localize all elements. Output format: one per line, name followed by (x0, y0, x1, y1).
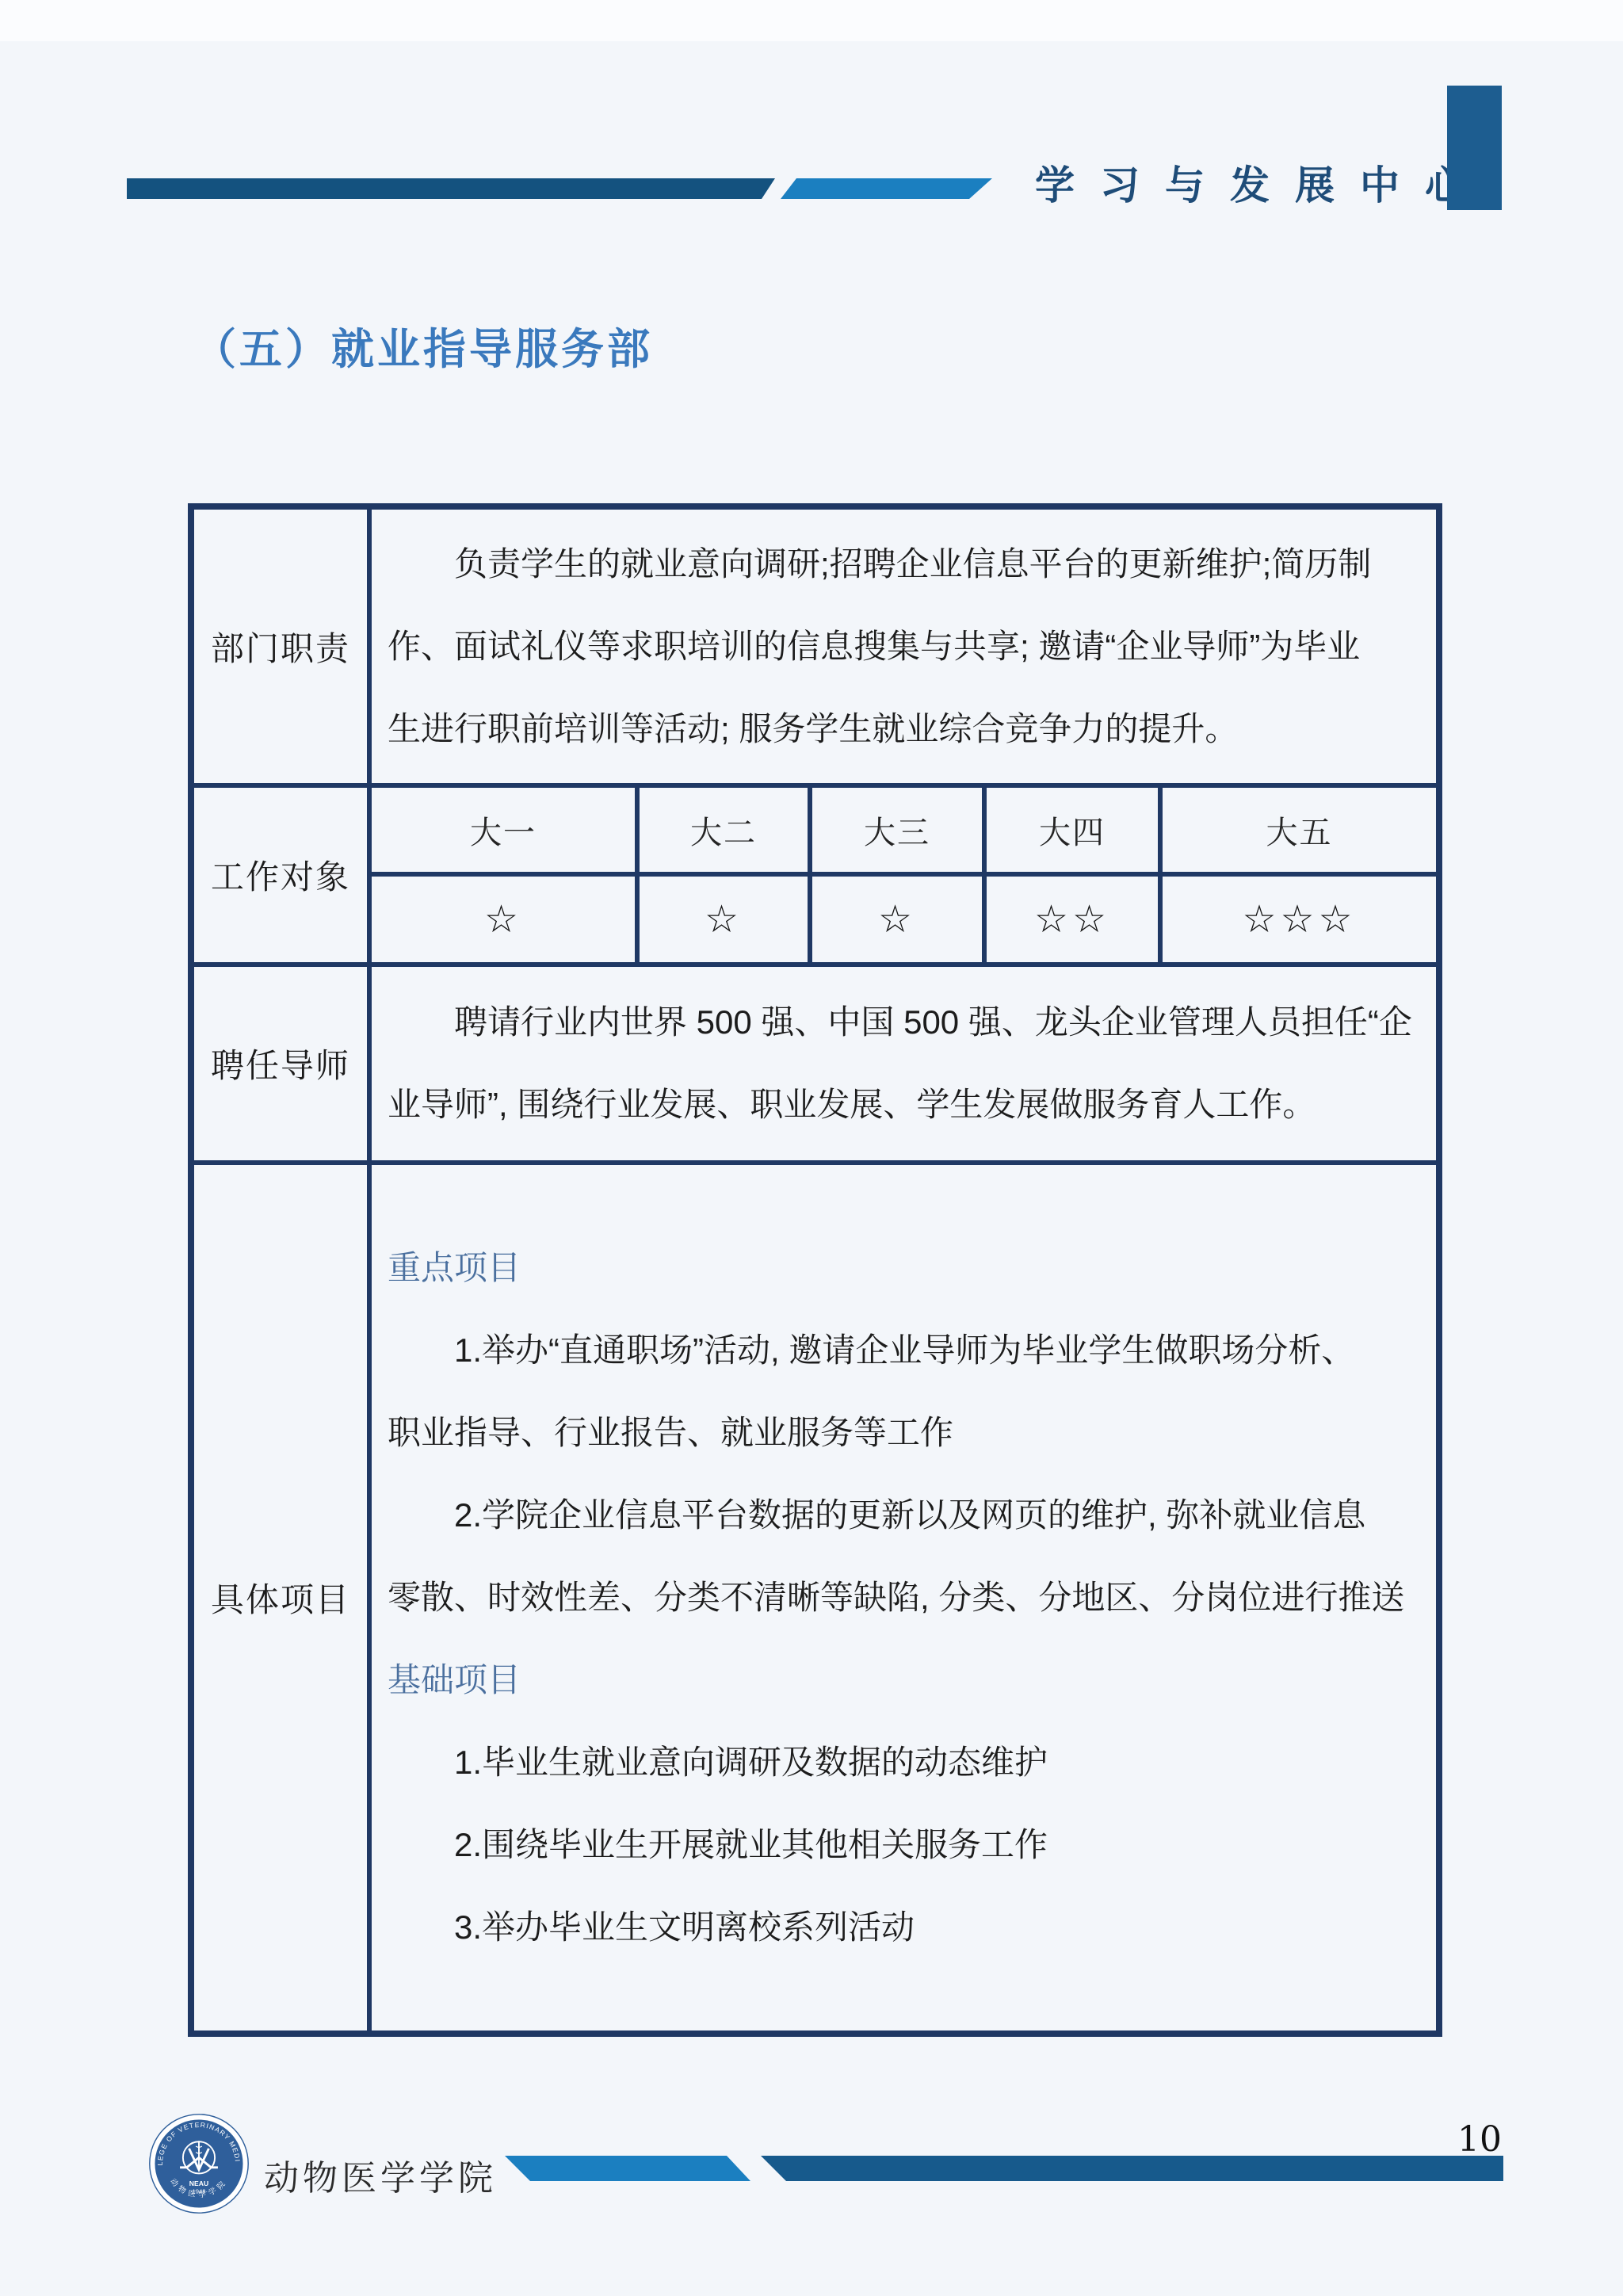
grade-column-header-5: 大五 (1163, 788, 1436, 872)
grade-column-header-1: 大一 (372, 788, 635, 872)
page-number: 10 (1447, 2119, 1512, 2160)
rating-stars-grade-2: ☆ (640, 877, 808, 962)
footer-accent-bar-dark (761, 2156, 1503, 2181)
rating-stars-grade-4: ☆☆ (987, 877, 1158, 962)
header-accent-bar-dark (127, 178, 775, 199)
logo-univ-abbrev: NEAU (189, 2179, 208, 2187)
grade-column-header-2: 大二 (640, 788, 808, 872)
projects-heading-basic: 基础项目 (388, 1639, 521, 1721)
duties-content-cell: 负责学生的就业意向调研;招聘企业信息平台的更新维护;简历制 作、面试礼仪等求职培… (372, 510, 1436, 783)
duties-text: 负责学生的就业意向调研;招聘企业信息平台的更新维护;简历制 作、面试礼仪等求职培… (388, 523, 1371, 770)
logo-year: ·1948· (190, 2187, 208, 2195)
footer-accent-bar-light (505, 2156, 750, 2181)
grades-label-cell: 工作对象 (194, 788, 367, 962)
projects-line: 零散、时效性差、分类不清晰等缺陷, 分类、分地区、分岗位进行推送 (388, 1557, 1404, 1639)
mentors-content-cell: 聘请行业内世界 500 强、中国 500 强、龙头企业管理人员担任“企 业导师”… (372, 967, 1436, 1160)
projects-line: 1.毕业生就业意向调研及数据的动态维护 (388, 1721, 1048, 1804)
college-logo: COLLEGE OF VETERINARY MEDICINE 动物医学学院 NE… (146, 2111, 252, 2217)
rating-stars-grade-5: ☆☆☆ (1163, 877, 1436, 962)
header-accent-bar-light (781, 178, 992, 199)
projects-line: 3.举办毕业生文明离校系列活动 (388, 1886, 915, 1969)
projects-line: 2.围绕毕业生开展就业其他相关服务工作 (388, 1804, 1048, 1886)
duties-label-cell: 部门职责 (194, 510, 367, 783)
projects-label-cell: 具体项目 (194, 1165, 367, 2030)
section-title: （五）就业指导服务部 (193, 315, 653, 376)
footer-college-name: 动物医学学院 (264, 2149, 497, 2200)
header-vertical-bar (1447, 86, 1502, 210)
projects-content-cell: 重点项目 1.举办“直通职场”活动, 邀请企业导师为毕业学生做职场分析、 职业指… (372, 1165, 1436, 2030)
grade-column-header-4: 大四 (987, 788, 1158, 872)
projects-line: 1.举办“直通职场”活动, 邀请企业导师为毕业学生做职场分析、 (388, 1309, 1354, 1392)
rating-stars-grade-3: ☆ (812, 877, 982, 962)
department-table: 部门职责 负责学生的就业意向调研;招聘企业信息平台的更新维护;简历制 作、面试礼… (188, 503, 1442, 2037)
mentors-text: 聘请行业内世界 500 强、中国 500 强、龙头企业管理人员担任“企 业导师”… (388, 981, 1412, 1146)
rating-stars-grade-1: ☆ (372, 877, 635, 962)
header-title: 学习与发展中心 (1035, 154, 1490, 211)
projects-line: 2.学院企业信息平台数据的更新以及网页的维护, 弥补就业信息 (388, 1474, 1365, 1557)
page-top-strip (0, 0, 1623, 41)
grade-column-header-3: 大三 (812, 788, 982, 872)
projects-line: 职业指导、行业报告、就业服务等工作 (388, 1392, 953, 1474)
mentors-label-cell: 聘任导师 (194, 967, 367, 1160)
projects-heading-key: 重点项目 (388, 1227, 521, 1309)
